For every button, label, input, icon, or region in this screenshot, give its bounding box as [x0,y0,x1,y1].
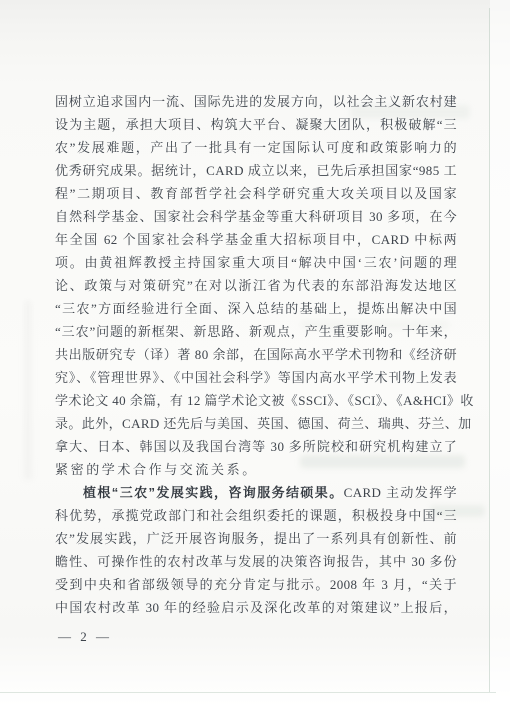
scan-edge-bottom [0,692,496,693]
text-line: “三农”方面经验进行全面、深入总结的基础上，提炼出解决中国 [55,297,457,320]
text-line: 植根“三农”发展实践，咨询服务结硕果。CARD 主动发挥学 [55,481,457,504]
text-line: 自然科学基金、国家社会科学基金等重大科研项目 30 多项，在今 [55,205,457,228]
text-line: 录。此外，CARD 还先后与美国、英国、德国、荷兰、瑞典、芬兰、加 [55,412,457,435]
text-line: 瞻性、可操作性的农村改革与发展的决策咨询报告，其中 30 多份 [55,550,457,573]
paragraph-lead-bold: 植根“三农”发展实践，咨询服务结硕果。 [83,485,344,500]
paragraph: 植根“三农”发展实践，咨询服务结硕果。CARD 主动发挥学科优势，承揽党政部门和… [55,481,457,619]
text-line: 项。由黄祖辉教授主持国家重大项目“解决中国‘三农’问题的理 [55,251,457,274]
text-line: 农”发展实践，广泛开展咨询服务，提出了一系列具有创新性、前 [55,527,457,550]
text-line: 科优势，承揽党政部门和社会组织委托的课题，积极投身中国“三 [55,504,457,527]
scan-edge-right [489,8,490,692]
scanned-document-page: 固树立追求国内一流、国际先进的发展方向，以社会主义新农村建设为主题，承担大项目、… [0,0,510,706]
text-line: 紧密的学术合作与交流关系。 [55,458,457,481]
text-line: 受到中央和省部级领导的充分肯定与批示。2008 年 3 月，“关于 [55,573,457,596]
text-line: 拿大、日本、韩国以及我国台湾等 30 多所院校和研究机构建立了 [55,435,457,458]
text-line: 年全国 62 个国家社会科学基金重大招标项目中，CARD 中标两 [55,228,457,251]
page-number: — 2 — [58,627,112,647]
text-line: 论、政策与对策研究”在对以浙江省为代表的东部沿海发达地区 [55,274,457,297]
paragraph: 固树立追求国内一流、国际先进的发展方向，以社会主义新农村建设为主题，承担大项目、… [55,90,457,481]
text-line: 固树立追求国内一流、国际先进的发展方向，以社会主义新农村建 [55,90,457,113]
text-line: 中国农村改革 30 年的经验启示及深化改革的对策建议”上报后， [55,596,457,619]
text-line: 究》、《管理世界》、《中国社会科学》等国内高水平学术刊物上发表 [55,366,457,389]
text-line: 程”二期项目、教育部哲学社会科学研究重大攻关项目以及国家 [55,182,457,205]
text-line: 共出版研究专（译）著 80 余部，在国际高水平学术刊物和《经济研 [55,343,457,366]
paragraph-lead-rest: CARD 主动发挥学 [344,485,457,500]
text-line: 学术论文 40 余篇，有 12 篇学术论文被《SSCI》、《SCI》、《A&HC… [55,389,457,412]
text-line: 农”发展难题，产出了一批具有一定国际认可度和政策影响力的 [55,136,457,159]
text-line: 设为主题，承担大项目、构筑大平台、凝聚大团队，积极破解“三 [55,113,457,136]
text-line: 优秀研究成果。据统计，CARD 成立以来，已先后承担国家“985 工 [55,159,457,182]
bleed-through-artifact [24,300,32,480]
text-line: “三农”问题的新框架、新思路、新观点，产生重要影响。十年来， [55,320,457,343]
body-text: 固树立追求国内一流、国际先进的发展方向，以社会主义新农村建设为主题，承担大项目、… [55,90,457,619]
scan-edge-highlight [490,0,510,706]
